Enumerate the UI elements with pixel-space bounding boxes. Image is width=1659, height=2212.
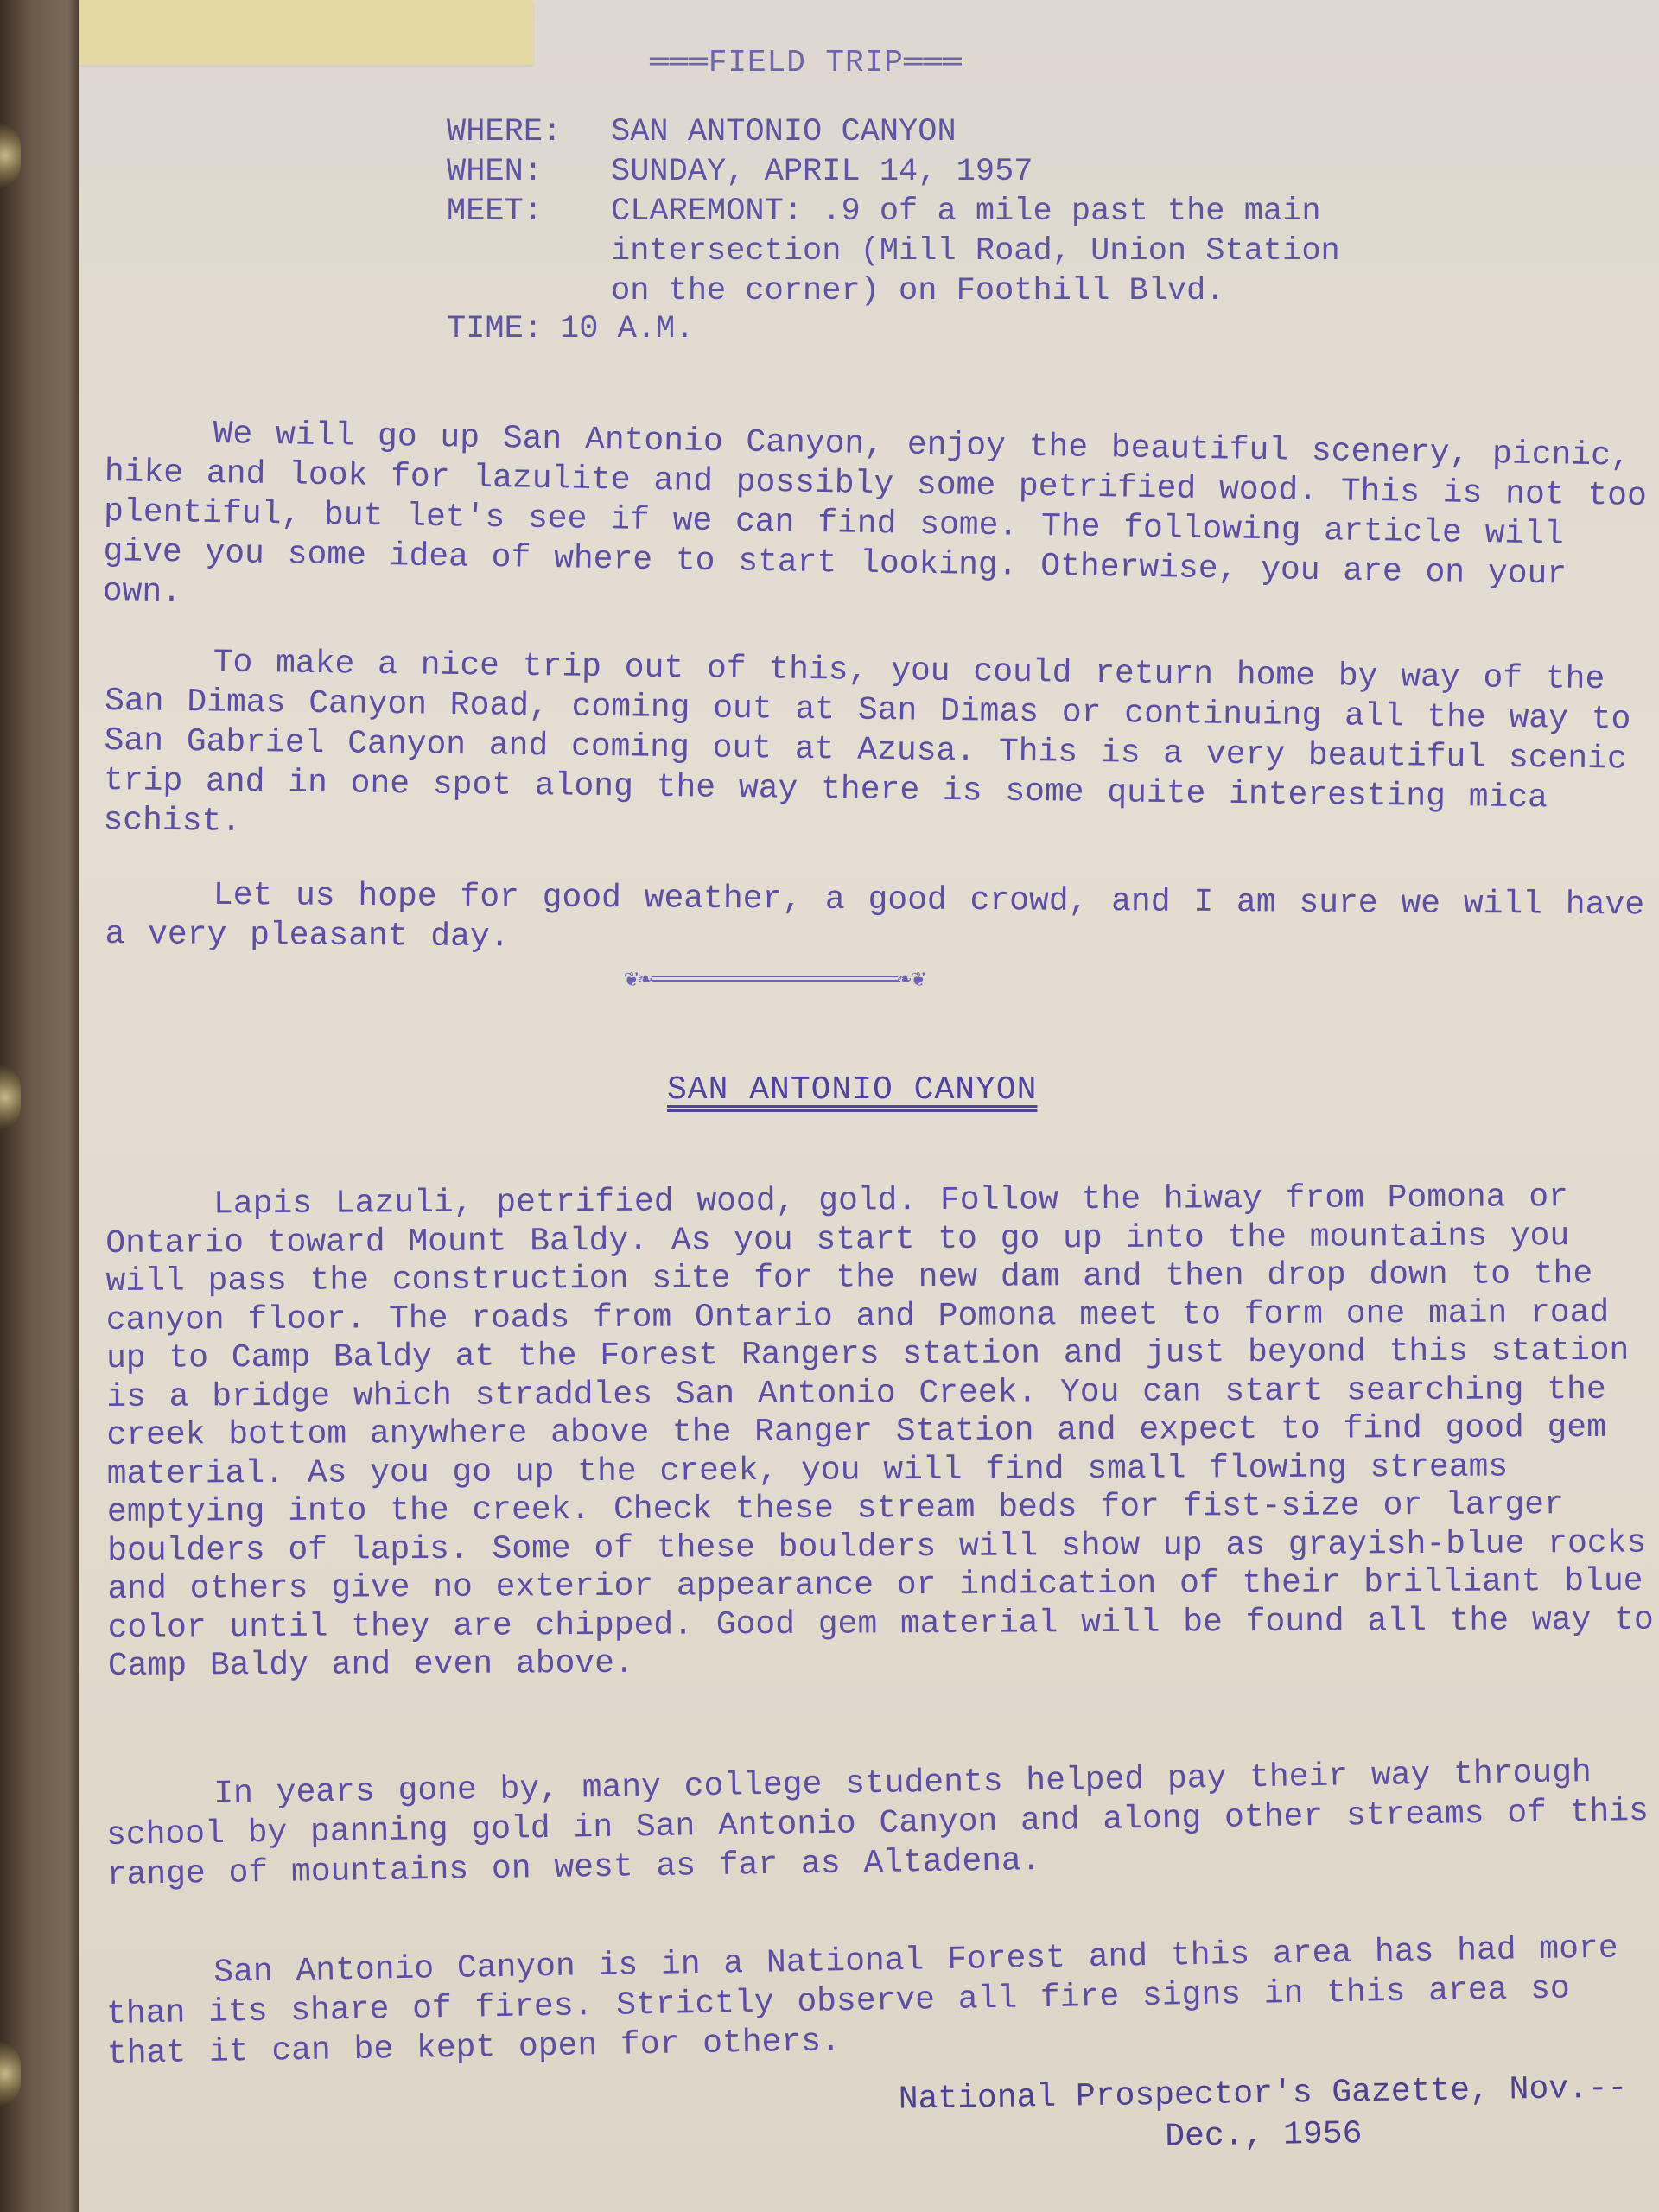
article-source-citation: National Prospector's Gazette, Nov.-- De… bbox=[787, 2066, 1659, 2164]
detail-when: WHEN: SUNDAY, APRIL 14, 1957 bbox=[447, 152, 1340, 192]
binder-ring bbox=[0, 1063, 21, 1132]
article-paragraph: San Antonio Canyon is in a National Fore… bbox=[105, 1929, 1654, 2075]
intro-paragraph: To make a nice trip out of this, you cou… bbox=[103, 642, 1652, 860]
sticky-note bbox=[79, 0, 533, 65]
detail-label: TIME: bbox=[447, 309, 543, 349]
detail-value: SUNDAY, APRIL 14, 1957 bbox=[611, 152, 1033, 192]
title-text: FIELD TRIP bbox=[709, 45, 904, 80]
page-title: ═══FIELD TRIP═══ bbox=[650, 45, 963, 80]
intro-paragraph: Let us hope for good weather, a good cro… bbox=[105, 875, 1652, 965]
title-ornament-left: ═══ bbox=[650, 45, 709, 80]
detail-value: 10 A.M. bbox=[560, 309, 694, 349]
section-divider: ❦❧══════════════════❧❦ bbox=[624, 963, 925, 994]
binder-ring bbox=[0, 121, 21, 190]
article-heading: SAN ANTONIO CANYON bbox=[667, 1071, 1037, 1109]
detail-time: TIME: 10 A.M. bbox=[447, 309, 1340, 349]
binder-ring bbox=[0, 2039, 21, 2108]
detail-label: WHEN: bbox=[447, 152, 611, 192]
detail-label: WHERE: bbox=[447, 112, 611, 152]
document-page: ═══FIELD TRIP═══ WHERE: SAN ANTONIO CANY… bbox=[79, 0, 1659, 2212]
detail-value: SAN ANTONIO CANYON bbox=[611, 112, 957, 152]
article-paragraph: In years gone by, many college students … bbox=[105, 1752, 1654, 1896]
article-paragraph: Lapis Lazuli, petrified wood, gold. Foll… bbox=[105, 1179, 1655, 1687]
intro-paragraph: We will go up San Antonio Canyon, enjoy … bbox=[102, 413, 1651, 636]
binder-edge bbox=[0, 0, 79, 2212]
detail-value: CLAREMONT: .9 of a mile past the main in… bbox=[611, 192, 1340, 311]
detail-meet: MEET: CLAREMONT: .9 of a mile past the m… bbox=[447, 192, 1340, 311]
title-ornament-right: ═══ bbox=[904, 45, 963, 80]
detail-where: WHERE: SAN ANTONIO CANYON bbox=[447, 112, 1340, 152]
trip-details: WHERE: SAN ANTONIO CANYON WHEN: SUNDAY, … bbox=[447, 112, 1340, 349]
detail-label: MEET: bbox=[447, 192, 611, 311]
